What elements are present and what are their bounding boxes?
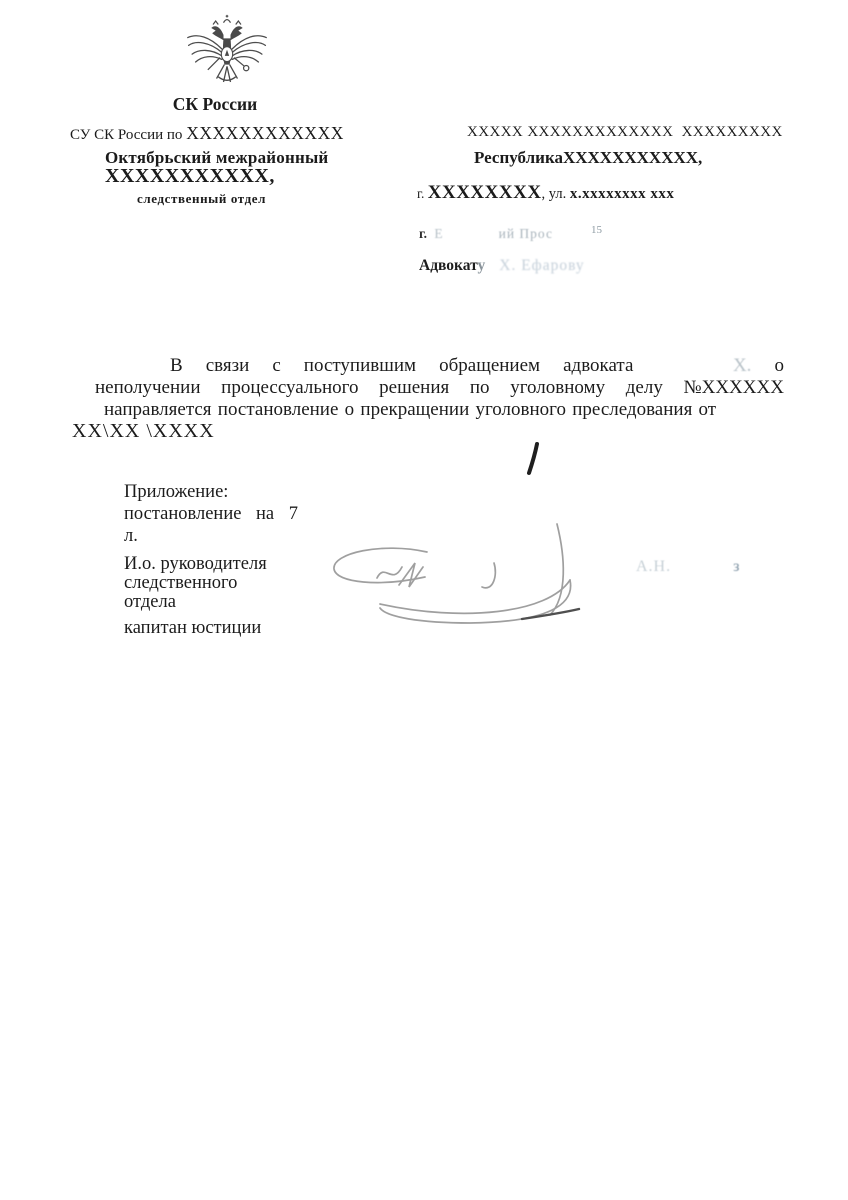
- body-line-3: направляется постановление о прекращении…: [104, 399, 716, 421]
- attachment-word: на: [256, 504, 274, 525]
- addressee-line: АдвокатуХ. Ефарову: [419, 257, 585, 275]
- body-word: решения: [379, 377, 449, 399]
- letterhead-left-line1-prefix: СУ СК России по: [70, 127, 186, 143]
- signer-title: И.о. руководителя следственного отдела: [124, 555, 267, 612]
- letterhead-left-line1: СУ СК России по ХХХХХХХХХХХХ: [70, 123, 344, 144]
- faded-address-frag1: Е: [434, 226, 442, 241]
- faded-stamp-text: А.Н.з: [636, 558, 740, 576]
- org-title: СК России: [120, 94, 310, 115]
- signer-title-line1: И.о. руководителя: [124, 555, 267, 574]
- addressee-label-tail: у: [478, 257, 486, 274]
- letterhead-left-line1-x: ХХХХХХХХХХХХ: [186, 123, 344, 143]
- body-word: В: [170, 355, 183, 377]
- faded-address-prefix: г.: [419, 226, 430, 241]
- stamp-initials: А.Н.: [636, 558, 671, 575]
- body-word: неполучении: [95, 377, 201, 399]
- letterhead-left-line3: ХХХХХХХХХХХ,: [105, 165, 275, 188]
- body-word: по: [470, 377, 490, 399]
- street-prefix: , ул.: [542, 186, 570, 202]
- body-line-1: В связи с поступившим обращением адвокат…: [170, 355, 784, 377]
- body-word: адвоката: [563, 355, 633, 377]
- faded-address-line: г. Еий Прос15: [419, 226, 602, 242]
- body-word: с: [272, 355, 280, 377]
- body-line-4-date: ХХ\ХХ \ХХХХ: [72, 420, 215, 443]
- faded-address-frag2: ий Прос: [499, 226, 553, 241]
- attachment-label: Приложение:: [124, 482, 228, 503]
- signer-rank: капитан юстиции: [124, 618, 261, 639]
- attachment-word: постановление: [124, 504, 241, 525]
- attachment-line: постановление на 7: [124, 504, 298, 525]
- letterhead-right-line3: г. ХХХХХХХХ, ул. х.хххххххх ххх: [417, 182, 674, 204]
- street-x: х.хххххххх ххх: [570, 186, 675, 202]
- body-word: связи: [206, 355, 250, 377]
- body-word: уголовному: [510, 377, 605, 399]
- body-line-2: неполучении процессуального решения по у…: [95, 377, 784, 399]
- body-word: поступившим: [304, 355, 416, 377]
- attachment-word: 7: [289, 504, 298, 525]
- addressee-faded-name: Х. Ефарову: [499, 257, 584, 274]
- letterhead-right-line2: РеспубликаХХХХХХХХХХХ,: [474, 148, 702, 168]
- stamp-tail: з: [733, 558, 740, 575]
- letterhead-left-line4: следственный отдел: [137, 191, 266, 207]
- handwritten-signature: [322, 436, 592, 631]
- body-word: о: [774, 355, 784, 377]
- body-word: №ХХХХХХ: [683, 377, 783, 399]
- attachment-tail: л.: [124, 526, 138, 547]
- coat-of-arms-eagle-icon: [183, 14, 271, 96]
- scanned-letter-page: СК России СУ СК России по ХХХХХХХХХХХХ О…: [0, 0, 848, 1200]
- city-x: ХХХХХХХХ: [428, 182, 542, 203]
- letterhead-right-line1: ХХХХХ ХХХХХХХХХХХХХ ХХХХХХХХХ: [467, 124, 783, 141]
- body-word: процессуального: [221, 377, 358, 399]
- faded-address-frag3: 15: [591, 224, 602, 236]
- addressee-label: Адвокат: [419, 257, 478, 274]
- body-word: делу: [626, 377, 663, 399]
- signer-title-line2: следственного: [124, 574, 267, 593]
- erased-name-fragment: Х.: [656, 355, 751, 377]
- body-word: обращением: [439, 355, 540, 377]
- city-prefix: г.: [417, 186, 428, 201]
- signer-title-line3: отдела: [124, 593, 267, 612]
